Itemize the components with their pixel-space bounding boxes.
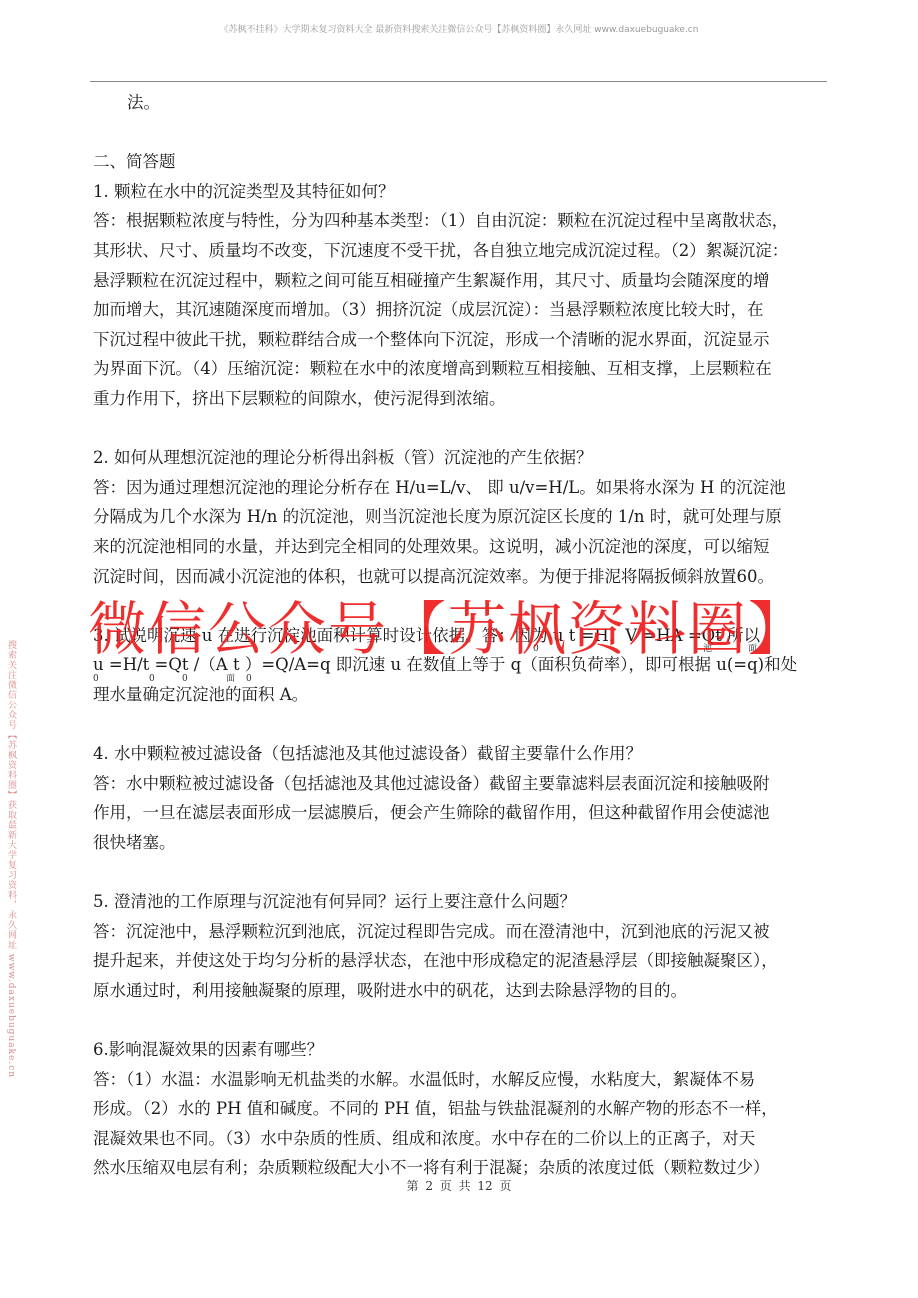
question-block-1: 1. 颗粒在水中的沉淀类型及其特征如何？ 答：根据颗粒浓度与特性，分为四种基本类… bbox=[93, 177, 835, 414]
question-4: 4. 水中颗粒被过滤设备（包括滤池及其他过滤设备）截留主要靠什么作用？ bbox=[93, 739, 835, 769]
answer-1-line: 答：根据颗粒浓度与特性，分为四种基本类型：（1）自由沉淀：颗粒在沉淀过程中呈离散… bbox=[93, 206, 835, 236]
subscript: 面 bbox=[748, 644, 757, 654]
subscript: 0 bbox=[246, 674, 252, 684]
answer-2-line: 分隔成为几个水深为 H/n 的沉淀池，则当沉淀池长度为原沉淀区长度的 1/n 时… bbox=[93, 502, 835, 532]
question-1: 1. 颗粒在水中的沉淀类型及其特征如何？ bbox=[93, 177, 835, 207]
document-body: 法。 二、简答题 1. 颗粒在水中的沉淀类型及其特征如何？ 答：根据颗粒浓度与特… bbox=[93, 88, 835, 1183]
question-block-2: 2. 如何从理想沉淀池的理论分析得出斜板（管）沉淀池的产生依据？ 答：因为通过理… bbox=[93, 443, 835, 591]
subscript: 0 bbox=[533, 644, 539, 654]
side-watermark-note: 搜索关注微信公众号【苏枫资料圈】获取最新大学复习资料，永久网址 www.daxu… bbox=[4, 640, 18, 1078]
question-block-5: 5. 澄清池的工作原理与沉淀池有何异同？运行上要注意什么问题？ 答：沉淀池中，悬… bbox=[93, 887, 835, 1005]
subscript: 面 bbox=[226, 674, 235, 684]
answer-1-line: 下沉过程中彼此干扰，颗粒群结合成一个整体向下沉淀，形成一个清晰的泥水界面，沉淀显… bbox=[93, 325, 835, 355]
subscript: 池 bbox=[703, 644, 712, 654]
answer-3-line: 理水量确定沉淀池的面积 A。 bbox=[93, 680, 835, 710]
header-divider bbox=[90, 81, 827, 82]
answer-3-line: u =H/t =Qt /（A t ）=Q/A=q 即沉速 u 在数值上等于 q（… bbox=[93, 650, 835, 680]
answer-1-line: 加而增大，其沉速随深度而增加。（3）拥挤沉淀（成层沉淀）：当悬浮颗粒浓度比较大时… bbox=[93, 295, 835, 325]
answer-5-line: 答：沉淀池中，悬浮颗粒沉到池底，沉淀过程即告完成。而在澄清池中，沉到池底的污泥又… bbox=[93, 917, 835, 947]
answer-2-line: 答：因为通过理想沉淀池的理论分析存在 H/u=L/v、 即 u/v=H/L。如果… bbox=[93, 473, 835, 503]
answer-6-line: 答：（1）水温：水温影响无机盐类的水解。水温低时，水解反应慢，水粘度大，絮凝体不… bbox=[93, 1065, 835, 1095]
question-5: 5. 澄清池的工作原理与沉淀池有何异同？运行上要注意什么问题？ bbox=[93, 887, 835, 917]
answer-1-line: 悬浮颗粒在沉淀过程中，颗粒之间可能互相碰撞产生絮凝作用，其尺寸、质量均会随深度的… bbox=[93, 266, 835, 296]
question-block-6: 6.影响混凝效果的因素有哪些？ 答：（1）水温：水温影响无机盐类的水解。水温低时… bbox=[93, 1035, 835, 1183]
question-3-line: 3. 试说明沉速 u 在进行沉淀池面积计算时设计依据。答：因为 u t =H，V… bbox=[93, 621, 835, 651]
answer-6-line: 形成。（2）水的 PH 值和碱度。不同的 PH 值，铝盐与铁盐混凝剂的水解产物的… bbox=[93, 1094, 835, 1124]
carry-over-text: 法。 bbox=[93, 88, 835, 118]
answer-1-line: 为界面下沉。（4）压缩沉淀：颗粒在水中的浓度增高到颗粒互相接触、互相支撑，上层颗… bbox=[93, 354, 835, 384]
section-title: 二、简答题 bbox=[93, 147, 835, 177]
answer-2-line: 来的沉淀池相同的水量，并达到完全相同的处理效果。这说明，减小沉淀池的深度，可以缩… bbox=[93, 532, 835, 562]
answer-2-line: 沉淀时间，因而减小沉淀池的体积，也就可以提高沉淀效率。为便于排泥将隔扳倾斜放置6… bbox=[93, 562, 835, 592]
answer-1-line: 重力作用下，挤出下层颗粒的间隙水，使污泥得到浓缩。 bbox=[93, 384, 835, 414]
subscript: 0 bbox=[182, 674, 188, 684]
answer-4-line: 很快堵塞。 bbox=[93, 828, 835, 858]
subscript: 0 bbox=[93, 674, 99, 684]
question-block-3: 3. 试说明沉速 u 在进行沉淀池面积计算时设计依据。答：因为 u t =H，V… bbox=[93, 621, 835, 710]
subscript: 0 bbox=[149, 674, 155, 684]
question-block-4: 4. 水中颗粒被过滤设备（包括滤池及其他过滤设备）截留主要靠什么作用？ 答：水中… bbox=[93, 739, 835, 857]
answer-4-line: 答：水中颗粒被过滤设备（包括滤池及其他过滤设备）截留主要靠滤料层表面沉淀和接触吸… bbox=[93, 769, 835, 799]
page-number: 第 2 页 共 12 页 bbox=[0, 1177, 918, 1194]
answer-5-line: 提升起来，并使这处于均匀分析的悬浮状态，在池中形成稳定的泥渣悬浮层（即接触凝聚区… bbox=[93, 946, 835, 976]
question-2: 2. 如何从理想沉淀池的理论分析得出斜板（管）沉淀池的产生依据？ bbox=[93, 443, 835, 473]
question-6: 6.影响混凝效果的因素有哪些？ bbox=[93, 1035, 835, 1065]
answer-6-line: 混凝效果也不同。（3）水中杂质的性质、组成和浓度。水中存在的二价以上的正离子，对… bbox=[93, 1124, 835, 1154]
answer-5-line: 原水通过时，利用接触凝聚的原理，吸附进水中的矾花，达到去除悬浮物的目的。 bbox=[93, 976, 835, 1006]
answer-4-line: 作用，一旦在滤层表面形成一层滤膜后，便会产生筛除的截留作用，但这种截留作用会使滤… bbox=[93, 798, 835, 828]
header-watermark-note: 《苏枫不挂科》大学期末复习资料大全 最新资料搜索关注微信公众号【苏枫资料圈】永久… bbox=[0, 22, 918, 35]
answer-1-line: 其形状、尺寸、质量均不改变，下沉速度不受干扰，各自独立地完成沉淀过程。（2）絮凝… bbox=[93, 236, 835, 266]
